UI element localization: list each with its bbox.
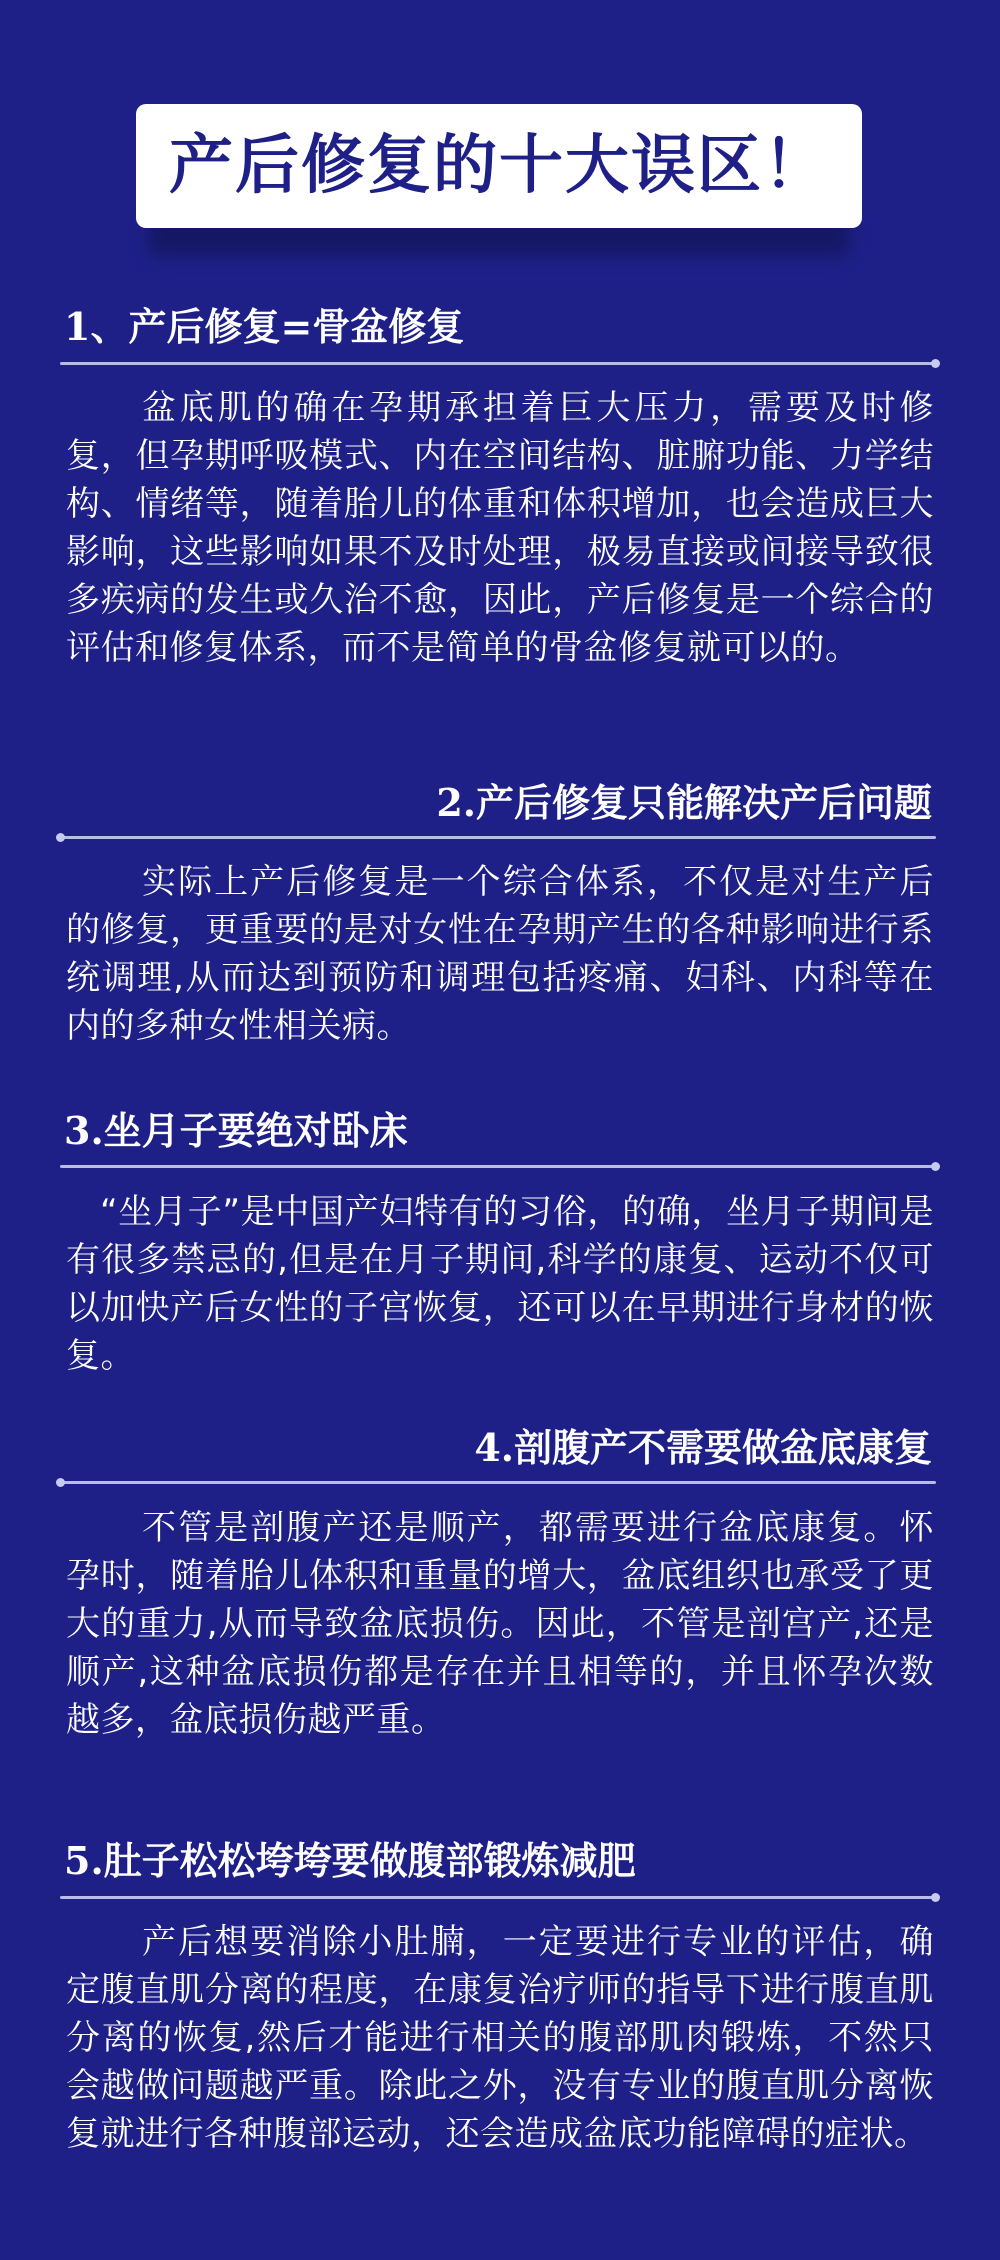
section-body: 盆底肌的确在孕期承担着巨大压力，需要及时修复，但孕期呼吸模式、内在空间结构、脏腑… [66, 384, 934, 672]
section-body: 产后想要消除小肚腩，一定要进行专业的评估，确定腹直肌分离的程度，在康复治疗师的指… [66, 1918, 934, 2158]
section-divider [60, 1481, 936, 1484]
divider-dot-icon [931, 1893, 940, 1902]
section-divider [60, 1896, 936, 1899]
section-heading: 1、产后修复=骨盆修复 [64, 304, 464, 350]
title-banner: 产后修复的十大误区！ [136, 104, 862, 228]
divider-dot-icon [56, 1478, 65, 1487]
title-card: 产后修复的十大误区！ [136, 104, 862, 228]
divider-dot-icon [931, 359, 940, 368]
section-divider [60, 362, 936, 365]
section-heading: 4.剖腹产不需要做盆底康复 [474, 1425, 932, 1471]
section-heading: 2.产后修复只能解决产后问题 [436, 780, 932, 826]
section-body: “坐月子”是中国产妇特有的习俗，的确，坐月子期间是有很多禁忌的,但是在月子期间,… [66, 1188, 934, 1380]
divider-dot-icon [931, 1162, 940, 1171]
divider-dot-icon [56, 833, 65, 842]
section-divider [60, 1165, 936, 1168]
section-divider [60, 836, 936, 839]
article-page: 产后修复的十大误区！ 1、产后修复=骨盆修复 盆底肌的确在孕期承担着巨大压力，需… [0, 0, 1000, 2260]
section-heading: 5.肚子松松垮垮要做腹部锻炼减肥 [64, 1838, 636, 1884]
page-title: 产后修复的十大误区！ [169, 134, 829, 198]
section-body: 不管是剖腹产还是顺产，都需要进行盆底康复。怀孕时，随着胎儿体积和重量的增大，盆底… [66, 1504, 934, 1744]
section-heading: 3.坐月子要绝对卧床 [64, 1108, 408, 1154]
section-body: 实际上产后修复是一个综合体系，不仅是对生产后的修复，更重要的是对女性在孕期产生的… [66, 858, 934, 1050]
